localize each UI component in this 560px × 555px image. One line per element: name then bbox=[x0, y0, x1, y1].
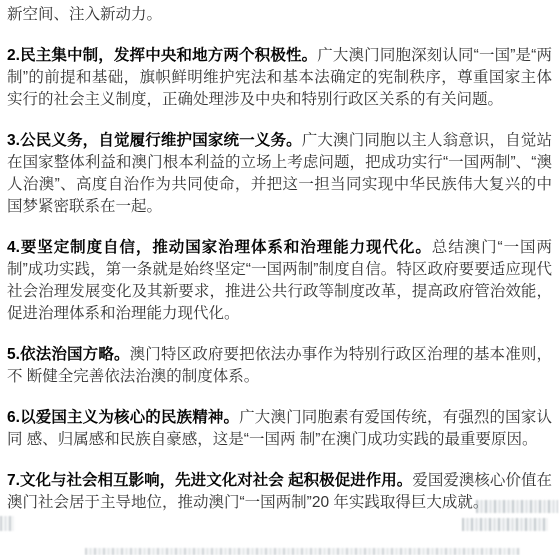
paragraph-7: 7.文化与社会相互影响，先进文化对社会 起积极促进作用。爱国爱澳核心价值在澳门社… bbox=[7, 470, 552, 514]
paragraph-6: 6.以爱国主义为核心的民族精神。广大澳门同胞素有爱国传统，有强烈的国家认同 感、… bbox=[7, 407, 552, 451]
paragraph-7-heading: 7.文化与社会相互影响，先进文化对社会 起积极促进作用。 bbox=[7, 472, 412, 489]
paragraph-5: 5.依法治国方略。澳门特区政府要把依法办事作为特别行政区治理的基本准则，不 断健… bbox=[7, 344, 552, 388]
watermark-smudge-bottom-band bbox=[85, 548, 520, 555]
watermark-smudge-right-2 bbox=[462, 518, 548, 531]
paragraph-2: 2.民主集中制，发挥中央和地方两个积极性。广大澳门同胞深刻认同“一国”是“两制”… bbox=[7, 45, 552, 111]
paragraph-4: 4.要坚定制度自信，推动国家治理体系和治理能力现代化。总结澳门“一国两制”成功实… bbox=[7, 237, 552, 325]
article-page: 新空间、注入新动力。 2.民主集中制，发挥中央和地方两个积极性。广大澳门同胞深刻… bbox=[0, 0, 560, 555]
paragraph-intro-fragment: 新空间、注入新动力。 bbox=[7, 4, 552, 26]
watermark-smudge-left-edge bbox=[0, 516, 14, 531]
paragraph-4-heading: 4.要坚定制度自信，推动国家治理体系和治理能力现代化。 bbox=[7, 239, 432, 256]
paragraph-2-heading: 2.民主集中制，发挥中央和地方两个积极性。 bbox=[7, 47, 317, 64]
paragraph-3: 3.公民义务，自觉履行维护国家统一义务。广大澳门同胞以主人翁意识，自觉站在国家整… bbox=[7, 130, 552, 218]
paragraph-5-heading: 5.依法治国方略。 bbox=[7, 346, 130, 363]
paragraph-6-heading: 6.以爱国主义为核心的民族精神。 bbox=[7, 409, 239, 426]
paragraph-3-heading: 3.公民义务，自觉履行维护国家统一义务。 bbox=[7, 132, 302, 149]
